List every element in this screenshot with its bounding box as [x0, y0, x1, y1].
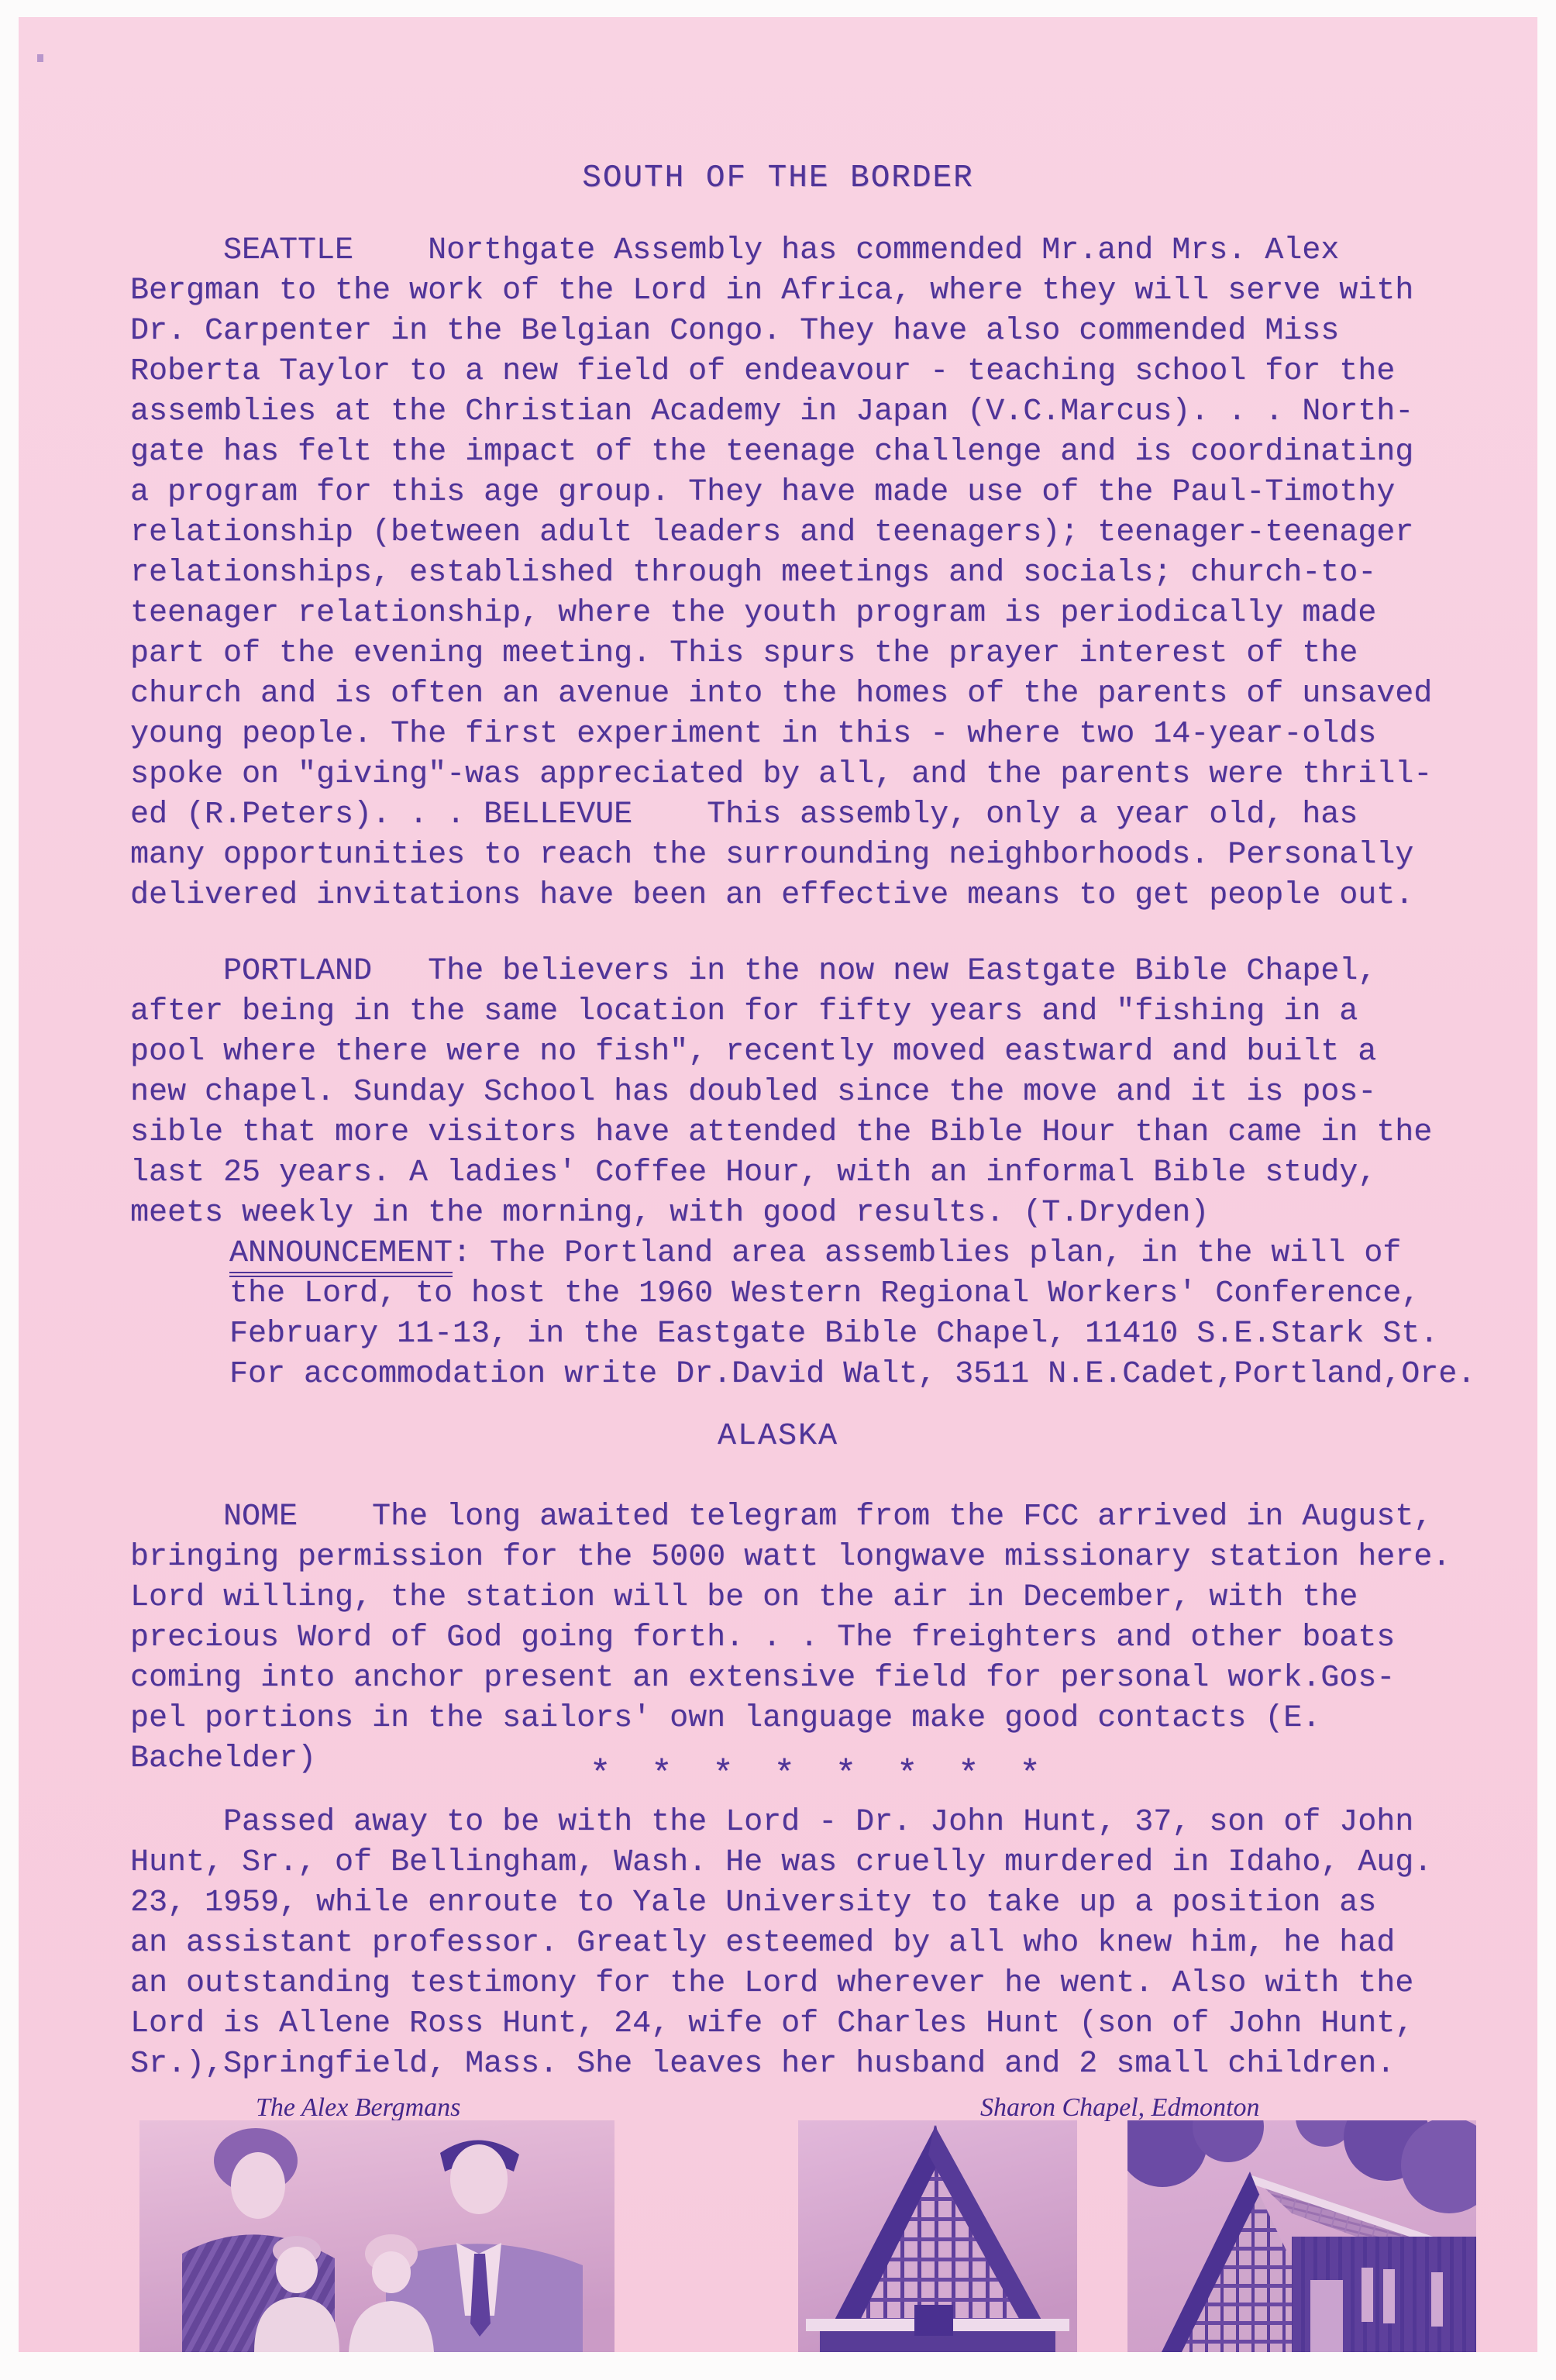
text-line: new chapel. Sunday School has doubled si…	[130, 1073, 1537, 1113]
text-line: young people. The first experiment in th…	[130, 715, 1537, 755]
nome-paragraph: NOME The long awaited telegram from the …	[19, 1497, 1537, 1779]
text-line: last 25 years. A ladies' Coffee Hour, wi…	[130, 1153, 1537, 1193]
text-line: coming into anchor present an extensive …	[130, 1658, 1537, 1699]
ink-speck	[37, 54, 43, 62]
portland-paragraph: PORTLAND The believers in the now new Ea…	[19, 952, 1537, 1395]
text-line: 23, 1959, while enroute to Yale Universi…	[130, 1883, 1537, 1924]
text-line: Dr. Carpenter in the Belgian Congo. They…	[130, 312, 1537, 352]
asterisk-divider: * * * * * * * *	[590, 1755, 1050, 1795]
scanned-newsletter-page: SOUTH OF THE BORDER SEATTLE Northgate As…	[0, 0, 1556, 2380]
text-line: Bachelder)	[130, 1741, 316, 1776]
text-line: For accommodation write Dr.David Walt, 3…	[229, 1355, 1537, 1395]
text-line: Passed away to be with the Lord - Dr. Jo…	[130, 1803, 1537, 1843]
text-line: assemblies at the Christian Academy in J…	[130, 392, 1537, 432]
text-line: the Lord, to host the 1960 Western Regio…	[229, 1274, 1537, 1314]
alaska-heading: ALASKA	[19, 1417, 1537, 1457]
newsletter-body: SEATTLE Northgate Assembly has commended…	[19, 231, 1537, 2352]
page-title: SOUTH OF THE BORDER	[19, 17, 1537, 198]
text-line: Roberta Taylor to a new field of endeavo…	[130, 352, 1537, 392]
text-line: pool where there were no fish", recently…	[130, 1032, 1537, 1073]
text-line: gate has felt the impact of the teenage …	[130, 432, 1537, 473]
chapel-side-art	[1127, 2120, 1476, 2352]
photo-captions: The Alex Bergmans Sharon Chapel, Edmonto…	[19, 2088, 1537, 2120]
text-line: bringing permission for the 5000 watt lo…	[130, 1538, 1537, 1578]
text-line: Lord willing, the station will be on the…	[130, 1578, 1537, 1618]
text-line: an outstanding testimony for the Lord wh…	[130, 1964, 1537, 2004]
photo-row	[19, 2120, 1537, 2352]
text-line: relationship (between adult leaders and …	[130, 513, 1537, 553]
text-line: meets weekly in the morning, with good r…	[130, 1193, 1537, 1234]
text-line: Sr.),Springfield, Mass. She leaves her h…	[130, 2044, 1537, 2085]
text-line: Hunt, Sr., of Bellingham, Wash. He was c…	[130, 1843, 1537, 1883]
announcement-block: ANNOUNCEMENT: The Portland area assembli…	[229, 1234, 1537, 1395]
chapel-side-photo	[1127, 2120, 1476, 2352]
announcement-first-line-rest: : The Portland area assemblies plan, in …	[453, 1236, 1401, 1271]
text-line: an assistant professor. Greatly esteemed…	[130, 1924, 1537, 1964]
text-line: a program for this age group. They have …	[130, 473, 1537, 513]
text-line: PORTLAND The believers in the now new Ea…	[130, 952, 1537, 992]
chapel-front-art	[798, 2120, 1077, 2352]
text-line: precious Word of God going forth. . . Th…	[130, 1618, 1537, 1658]
text-line: teenager relationship, where the youth p…	[130, 594, 1537, 634]
text-line: February 11-13, in the Eastgate Bible Ch…	[229, 1314, 1537, 1355]
text-line: ed (R.Peters). . . BELLEVUE This assembl…	[130, 795, 1537, 835]
family-photo	[139, 2120, 614, 2352]
text-line: delivered invitations have been an effec…	[130, 876, 1537, 916]
text-line: pel portions in the sailors' own languag…	[130, 1699, 1537, 1739]
text-line: after being in the same location for fif…	[130, 992, 1537, 1032]
text-line: SEATTLE Northgate Assembly has commended…	[130, 231, 1537, 271]
text-line: relationships, established through meeti…	[130, 553, 1537, 594]
seattle-paragraph: SEATTLE Northgate Assembly has commended…	[19, 231, 1537, 916]
nome-last-line: Bachelder)* * * * * * * *	[130, 1739, 1537, 1779]
text-line: sible that more visitors have attended t…	[130, 1113, 1537, 1153]
newsletter-sheet: SOUTH OF THE BORDER SEATTLE Northgate As…	[19, 17, 1537, 2352]
family-photo-art	[139, 2120, 614, 2352]
text-line: Lord is Allene Ross Hunt, 24, wife of Ch…	[130, 2004, 1537, 2044]
text-line: church and is often an avenue into the h…	[130, 674, 1537, 715]
obituary-paragraph: Passed away to be with the Lord - Dr. Jo…	[19, 1803, 1537, 2085]
text-line: many opportunities to reach the surround…	[130, 835, 1537, 876]
announcement-first-line: ANNOUNCEMENT: The Portland area assembli…	[229, 1234, 1537, 1274]
text-line: part of the evening meeting. This spurs …	[130, 634, 1537, 674]
text-line: NOME The long awaited telegram from the …	[130, 1497, 1537, 1538]
text-line: spoke on "giving"-was appreciated by all…	[130, 755, 1537, 795]
announcement-label: ANNOUNCEMENT	[229, 1236, 453, 1277]
text-line: Bergman to the work of the Lord in Afric…	[130, 271, 1537, 312]
chapel-front-photo	[798, 2120, 1077, 2352]
